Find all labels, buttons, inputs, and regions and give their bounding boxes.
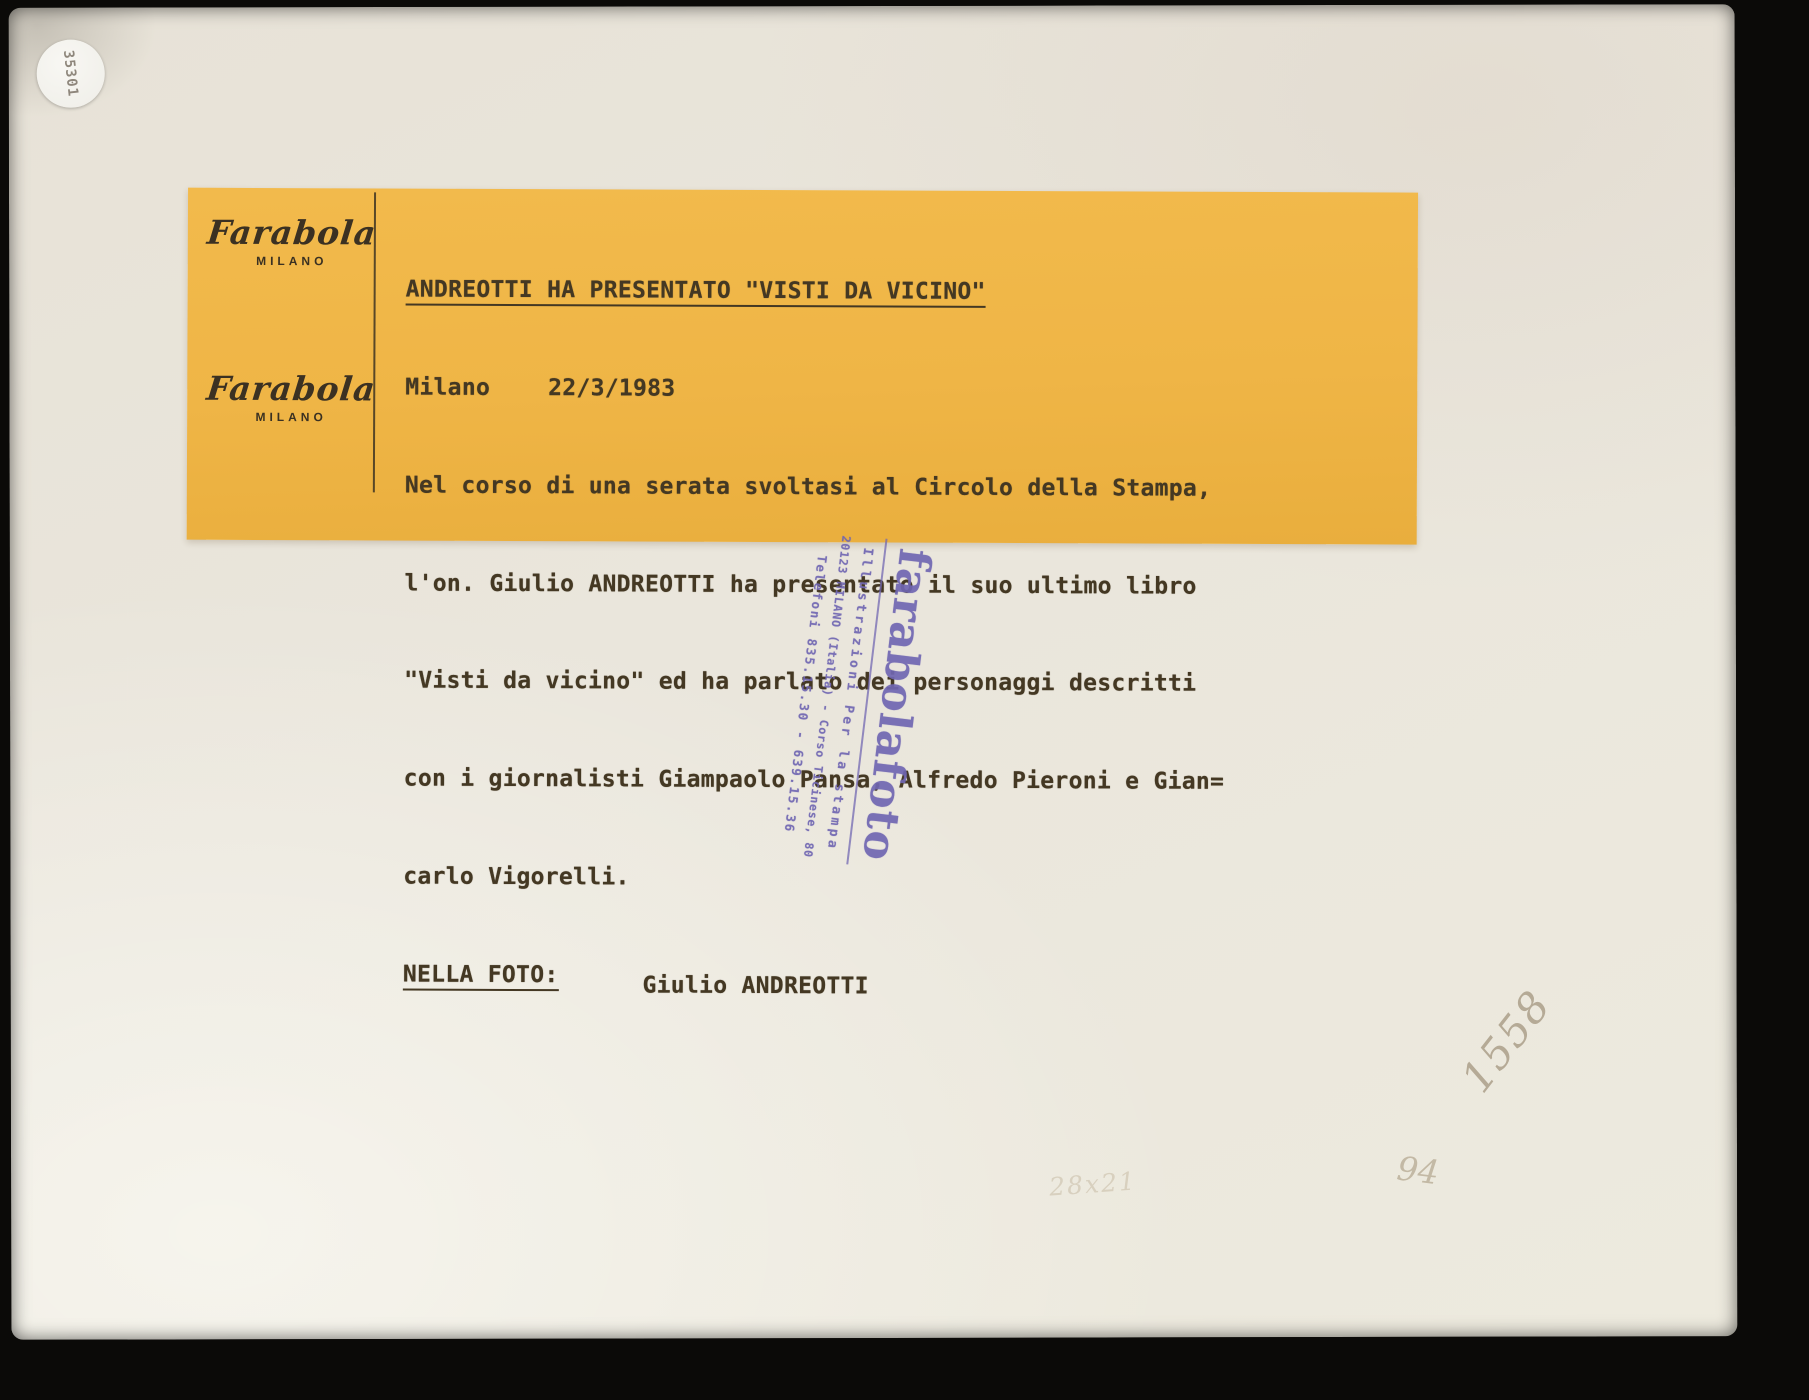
- caption-dateline: Milano22/3/1983: [405, 372, 1405, 409]
- farabola-logo-script: Farabola: [200, 218, 383, 249]
- caption-body-line: Nel corso di una serata svoltasi al Circ…: [405, 469, 1405, 506]
- caption-photo-label: NELLA FOTO:: [403, 961, 559, 991]
- handwritten-size-note: 28x21: [1048, 1166, 1138, 1201]
- archive-sticker-number: 35301: [60, 49, 81, 98]
- caption-photo-line: NELLA FOTO:Giulio ANDREOTTI: [403, 958, 1403, 995]
- caption-title: ANDREOTTI HA PRESENTATO "VISTI DA VICINO…: [406, 277, 986, 308]
- caption-body-line: carlo Vigorelli.: [403, 860, 1403, 897]
- handwritten-code: 94: [1395, 1148, 1441, 1192]
- farabola-logo-city: MILANO: [202, 254, 382, 269]
- photo-paper-back: 35301 Farabola MILANO Farabola MILANO AN…: [9, 4, 1738, 1340]
- handwritten-ref-number: 1558: [1452, 981, 1561, 1102]
- farabola-logo-bottom: Farabola MILANO: [201, 374, 381, 425]
- caption-photo-subject: Giulio ANDREOTTI: [642, 972, 868, 999]
- farabola-logo-city: MILANO: [201, 410, 381, 425]
- farabola-logo-script: Farabola: [200, 374, 383, 405]
- farabola-logo-top: Farabola MILANO: [202, 218, 382, 269]
- dateline-date: 22/3/1983: [548, 375, 675, 402]
- caption-title-line: ANDREOTTI HA PRESENTATO "VISTI DA VICINO…: [406, 274, 1406, 311]
- caption-label: Farabola MILANO Farabola MILANO ANDREOTT…: [187, 188, 1418, 545]
- archive-sticker: 35301: [37, 40, 105, 108]
- dateline-city: Milano: [405, 375, 490, 401]
